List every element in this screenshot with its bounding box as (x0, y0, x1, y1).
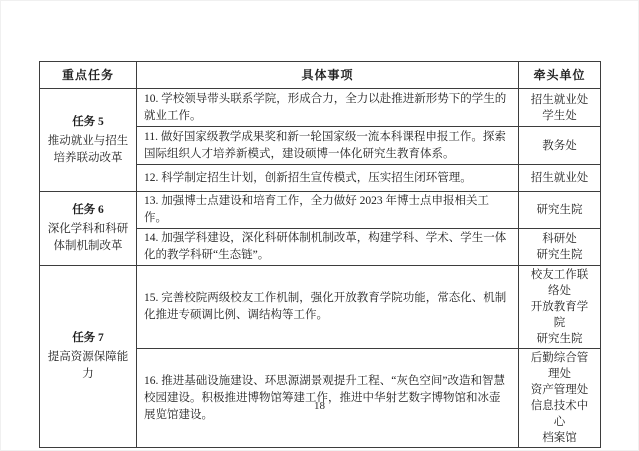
task7-cell: 任务 7 提高资源保障能力 (40, 266, 137, 448)
key-tasks-table: 重点任务 具体事项 牵头单位 任务 5 推动就业与招生培养联动改革 10. 学校… (39, 61, 601, 448)
units-11: 教务处 (519, 127, 601, 165)
item-16: 16. 推进基础设施建设、环思源湖景观提升工程、“灰色空间”改造和智慧校园建设。… (137, 349, 519, 448)
unit-line: 研究生院 (526, 202, 593, 218)
units-12: 招生就业处 (519, 165, 601, 192)
unit-line: 教务处 (526, 138, 593, 154)
document-page: 重点任务 具体事项 牵头单位 任务 5 推动就业与招生培养联动改革 10. 学校… (0, 0, 639, 451)
unit-line: 校友工作联络处 (526, 267, 593, 299)
task7-desc: 提高资源保障能力 (47, 349, 129, 383)
column-header-lead-unit: 牵头单位 (519, 62, 601, 89)
unit-line: 科研处 (526, 231, 593, 247)
task5-label: 任务 5 (47, 114, 129, 131)
item-14: 14. 加强学科建设，深化科研体制机制改革，构建学科、学术、学生一体化的教学科研… (137, 229, 519, 266)
unit-line: 招生就业处 (526, 92, 593, 108)
task6-desc: 深化学科和科研体制机制改革 (47, 221, 129, 255)
units-15: 校友工作联络处 开放教育学院 研究生院 (519, 266, 601, 349)
task5-desc: 推动就业与招生培养联动改革 (47, 133, 129, 167)
unit-line: 开放教育学院 (526, 299, 593, 331)
item-10: 10. 学校领导带头联系学院，形成合力，全力以赴推进新形势下的学生的就业工作。 (137, 89, 519, 127)
unit-line: 研究生院 (526, 331, 593, 347)
unit-line: 资产管理处 (526, 382, 593, 398)
table-row: 任务 7 提高资源保障能力 15. 完善校院两级校友工作机制，强化开放教育学院功… (40, 266, 601, 349)
item-13: 13. 加强博士点建设和培育工作，全力做好 2023 年博士点申报相关工作。 (137, 192, 519, 229)
task7-label: 任务 7 (47, 330, 129, 347)
unit-line: 研究生院 (526, 247, 593, 263)
units-16: 后勤综合管理处 资产管理处 信息技术中心 档案馆 (519, 349, 601, 448)
item-12: 12. 科学制定招生计划，创新招生宣传模式，压实招生闭环管理。 (137, 165, 519, 192)
table-header-row: 重点任务 具体事项 牵头单位 (40, 62, 601, 89)
table-row: 任务 6 深化学科和科研体制机制改革 13. 加强博士点建设和培育工作，全力做好… (40, 192, 601, 229)
unit-line: 档案馆 (526, 430, 593, 446)
item-11: 11. 做好国家级教学成果奖和新一轮国家级一流本科课程申报工作。探索国际组织人才… (137, 127, 519, 165)
column-header-specific-item: 具体事项 (137, 62, 519, 89)
unit-line: 学生处 (526, 108, 593, 124)
unit-line: 后勤综合管理处 (526, 350, 593, 382)
unit-line: 招生就业处 (526, 170, 593, 186)
units-10: 招生就业处 学生处 (519, 89, 601, 127)
units-13: 研究生院 (519, 192, 601, 229)
column-header-key-task: 重点任务 (40, 62, 137, 89)
table-row: 任务 5 推动就业与招生培养联动改革 10. 学校领导带头联系学院，形成合力，全… (40, 89, 601, 127)
units-14: 科研处 研究生院 (519, 229, 601, 266)
task6-label: 任务 6 (47, 202, 129, 219)
task5-cell: 任务 5 推动就业与招生培养联动改革 (40, 89, 137, 192)
task6-cell: 任务 6 深化学科和科研体制机制改革 (40, 192, 137, 266)
page-number: 18 (0, 400, 639, 412)
item-15: 15. 完善校院两级校友工作机制，强化开放教育学院功能，常态化、机制化推进专硕调… (137, 266, 519, 349)
